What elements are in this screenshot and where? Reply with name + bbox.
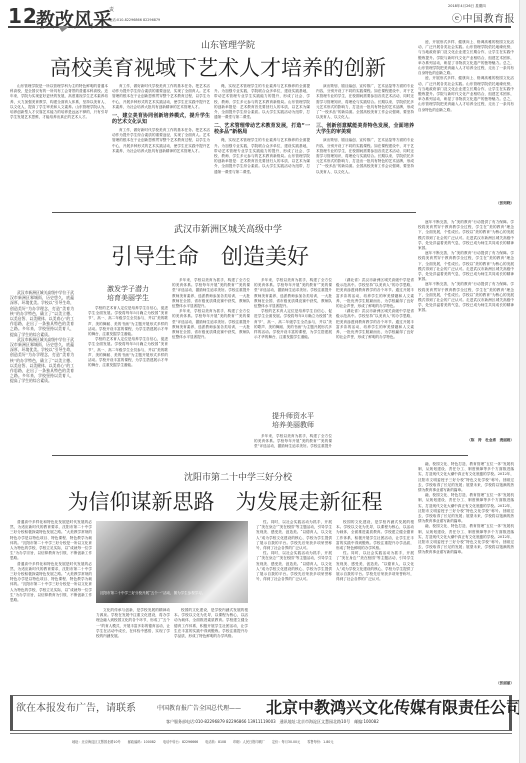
article3-column-6: 融，校园文化、特色打造、教育管理“五位一体”发展机制，从规划建设、责任分工、制度…: [418, 462, 514, 680]
article2-column-3: 多年来，学校以美育为抓手，构建了全方位的美育体系。学校每年开展“美的教育”“美的…: [172, 278, 250, 450]
footer-phone: 电话中转台：82296666: [163, 740, 198, 744]
article2-column-4b: 多年来，学校以美育为抓手，构建了全方位的美育体系。学校每年开展“美的教育”“美的…: [254, 434, 332, 450]
article3-column-3: 校园的文化建设，是学校内涵式发展的根本。学校以文化为先导，以课程为核心，以活动为…: [174, 608, 248, 688]
article3-column-2: 文化的传承与创新，是学校发展的精神动力源泉。学校在发展中注重文化建设，将办学理念…: [96, 608, 170, 688]
page-number: 12: [8, 4, 38, 28]
article3-column-1: 普通高中多样化和特色化发展是时代发展的必然，为适应新时代的教育要求，沈阳市第二十…: [10, 520, 92, 688]
article1-column-4: 演出策划、剧目编创、宣传推广，艺术品鉴等方面的专业内容，分别开设了不同的实践课程…: [316, 84, 414, 210]
article2-column-2: 学校的艺术育人定位是培养学生自信心，促进学生全面发展。学校将每年5月确立为校园“…: [88, 306, 168, 450]
article1-subhead-1: 一、建立美育协同创新培养模式，提升学生的艺术文化认知: [112, 113, 210, 125]
editor-mark: 责: [109, 6, 114, 13]
article3-photo-caption: 沈阳市第二十中学三好分校开展“五个一”活动，图为学生参观学习。: [100, 591, 240, 596]
article3-column-5: 校园的文化建设，是学校内涵式发展的根本。学校以文化为先导，以课程为核心，以活动为…: [336, 520, 414, 688]
footer-rule: [10, 733, 512, 734]
article1-column-5: 迹，开展形式多样、健康向上、格调高雅的校园文化活动，广泛开展各类社会实践。山东管…: [418, 40, 514, 200]
section-phone: 电话:010-82296866 82296879: [109, 17, 160, 22]
issue-date: 2018年4月26日 星期四: [448, 4, 486, 9]
footer-printer: 印刷：人民日报印刷厂: [233, 740, 265, 744]
article3-headline: 为信仰谋新思路 为发展走新征程: [60, 486, 390, 516]
masthead-tail-decoration: [58, 26, 70, 32]
newspaper-logo: ⓔ中国教育报: [452, 10, 515, 25]
ad-contact-info: 客户服务部电话:010-82296879 82296866 1391111900…: [166, 719, 379, 725]
article1-column-3: 绳，实现艺术管理学生的专业素养与艺术修养的全面提升。为加强专业实践，学院联合众多…: [214, 84, 310, 210]
article1-column-2: 育工作，做好新时代学校美育工作的基本任务。把艺术活动作为提升学生综合素质的重要途…: [112, 84, 210, 210]
article2-column-5: （湖北省）武汉市新洲区城关高级中学是省级示范高中。学校坚持“以美育人”的办学思路…: [336, 278, 414, 450]
article2-column-4: 多年来，学校以美育为抓手，构建了全方位的美育体系。学校每年开展“美的教育”“美的…: [254, 278, 332, 396]
article1-headline: 高校美育视域下艺术人才培养的创新: [50, 52, 380, 82]
article2-headline: 引导生命 创造美好: [80, 240, 340, 271]
article3-column-4: 性。同时，以社会实践活动为抓手，开展了“美在身边”“美在校园”等主题活动，引导学…: [256, 520, 332, 688]
article-divider-1: [52, 212, 416, 213]
article1-kicker: 山东管理学院: [118, 38, 338, 51]
article2-subhead-2: 提升师资水平 培养美丽教师: [254, 412, 332, 430]
ad-lead-text: 欲在本报发布广告，请联系: [16, 699, 136, 714]
article1-subhead-2: 二、艺术管理带动艺术教育发展，打造“一校多品”新格局: [214, 123, 310, 135]
article2-kicker: 武汉市新洲区城关高级中学: [118, 222, 338, 235]
article1-byline: （张则晓）: [418, 201, 514, 207]
article1-column-1: 山东管理学院是一所以管理学科为主的特色鲜明的普通本科高校，是全国仅有的一所具有工…: [10, 84, 108, 210]
article-divider-2: [52, 455, 468, 456]
article2-column-6: 逐年不断完善，为“美的教育”行动提供了有力保障。学校将美育贯穿于教育教学全过程，…: [418, 220, 514, 436]
article2-byline: （陈 涛 杜金勇 龚丽娟）: [418, 438, 514, 444]
footer-info: 地址：北京海淀区文慧园北路10号 邮政编码：100082 电话中转台：82296…: [72, 739, 333, 744]
ad-agent-text: 中国教育报广告全国总代理——: [157, 703, 241, 712]
footer-price-month: 定价：每月30.00元: [272, 740, 300, 744]
vertical-scrollbar[interactable]: [519, 0, 526, 763]
footer-ext: 电话转：8108: [205, 740, 226, 744]
logo-mark-icon: ⓔ: [452, 14, 463, 25]
masthead-rule: [8, 26, 511, 28]
article3-byline: （张丽丽）: [418, 681, 514, 687]
article1-subhead-3: 三、创新创意赋能美育特色发展，全面培养大学生的审美观: [316, 123, 414, 135]
article3-kicker: 沈阳市第二十中学三好分校: [128, 470, 348, 483]
article2-subhead-1: 激发学子潜力 培育美丽学生: [88, 285, 168, 303]
article3-photo: 沈阳市第二十中学三好分校开展“五个一”活动，图为学生参观学习。: [96, 521, 248, 603]
footer-postcode: 邮政编码：100082: [128, 740, 156, 744]
footer-address: 地址：北京海淀区文慧园北路10号: [72, 740, 121, 744]
article2-intro-column: 武汉市新洲区城关高级中学位于武汉市新洲区邾城街，历史悠久，底蕴深厚，环境优美。学…: [10, 290, 74, 450]
ad-company-name: 北京中教鸿兴文化传媒有限责任公司: [266, 695, 522, 718]
footer-price-copy: 零售每份：1.80元: [307, 740, 333, 744]
